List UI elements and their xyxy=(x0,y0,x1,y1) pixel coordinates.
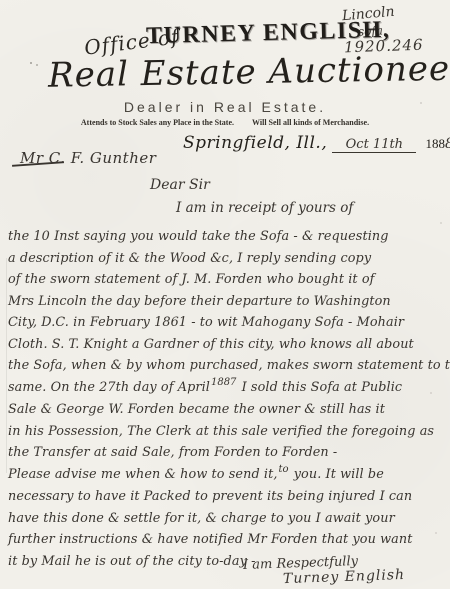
letterhead-tagline: Attends to Stock Sales any Place in the … xyxy=(0,118,450,127)
salutation: Dear Sir xyxy=(150,177,210,193)
tagline-right: Will Sell all kinds of Merchandise. xyxy=(252,118,369,127)
opening-line: I am in receipt of yours of xyxy=(176,200,353,216)
body-line: the Sofa, when & by whom purchased, make… xyxy=(8,355,445,377)
signature: Turney English xyxy=(283,567,406,587)
body-line: have this done & settle for it, & charge… xyxy=(8,508,445,530)
body-line: necessary to have it Packed to prevent i… xyxy=(8,486,445,508)
tagline-left: Attends to Stock Sales any Place in the … xyxy=(81,118,234,127)
paper-specks xyxy=(30,62,32,64)
dateline-place: Springfield, Ill., xyxy=(183,133,327,153)
body-line: Sale & George W. Forden became the owner… xyxy=(8,399,445,421)
inserted-word: to xyxy=(278,464,290,475)
body-line: further instructions & have notified Mr … xyxy=(8,529,445,551)
letterhead-title: Real Estate Auctioneer, xyxy=(48,48,450,95)
line-post: I sold this Sofa at Public xyxy=(237,380,402,395)
body-line-with-insert: same. On the 27th day of April1887 I sol… xyxy=(8,377,445,400)
scanned-letter-page: Lincoln sofa. 1920.246 Office of TURNEY … xyxy=(0,0,450,589)
line-pre: same. On the 27th day of April xyxy=(8,380,210,395)
body-line-with-insert: Please advise me when & how to send it,t… xyxy=(8,464,445,487)
letter-body: the 10 Inst saying you would take the So… xyxy=(8,226,445,572)
body-line: of the sworn statement of J. M. Forden w… xyxy=(8,269,445,291)
dateline-written-date: Oct 11th xyxy=(332,137,416,153)
dateline-written-year: 8 xyxy=(445,136,450,152)
inserted-year: 1887 xyxy=(210,377,237,388)
body-line: Cloth. S. T. Knight a Gardner of this ci… xyxy=(8,334,445,356)
recipient-line: Mr C. F. Gunther xyxy=(20,149,156,167)
dateline: Springfield, Ill., Oct 11th 1888 xyxy=(183,133,450,159)
body-line: City, D.C. in February 1861 - to wit Mah… xyxy=(8,312,445,334)
letterhead-subtitle: Dealer in Real Estate. xyxy=(0,99,450,115)
dateline-printed-year: 188 xyxy=(425,136,445,151)
body-line: in his Possession, The Clerk at this sal… xyxy=(8,421,445,443)
line-post: you. It will be xyxy=(290,467,384,482)
line-pre: Please advise me when & how to send it, xyxy=(8,467,278,482)
body-line: Mrs Lincoln the day before their departu… xyxy=(8,291,445,313)
body-line: the 10 Inst saying you would take the So… xyxy=(8,226,445,248)
body-line: a description of it & the Wood &c, I rep… xyxy=(8,248,445,270)
body-line: the Transfer at said Sale, from Forden t… xyxy=(8,442,445,464)
paper-crease xyxy=(6,258,7,473)
